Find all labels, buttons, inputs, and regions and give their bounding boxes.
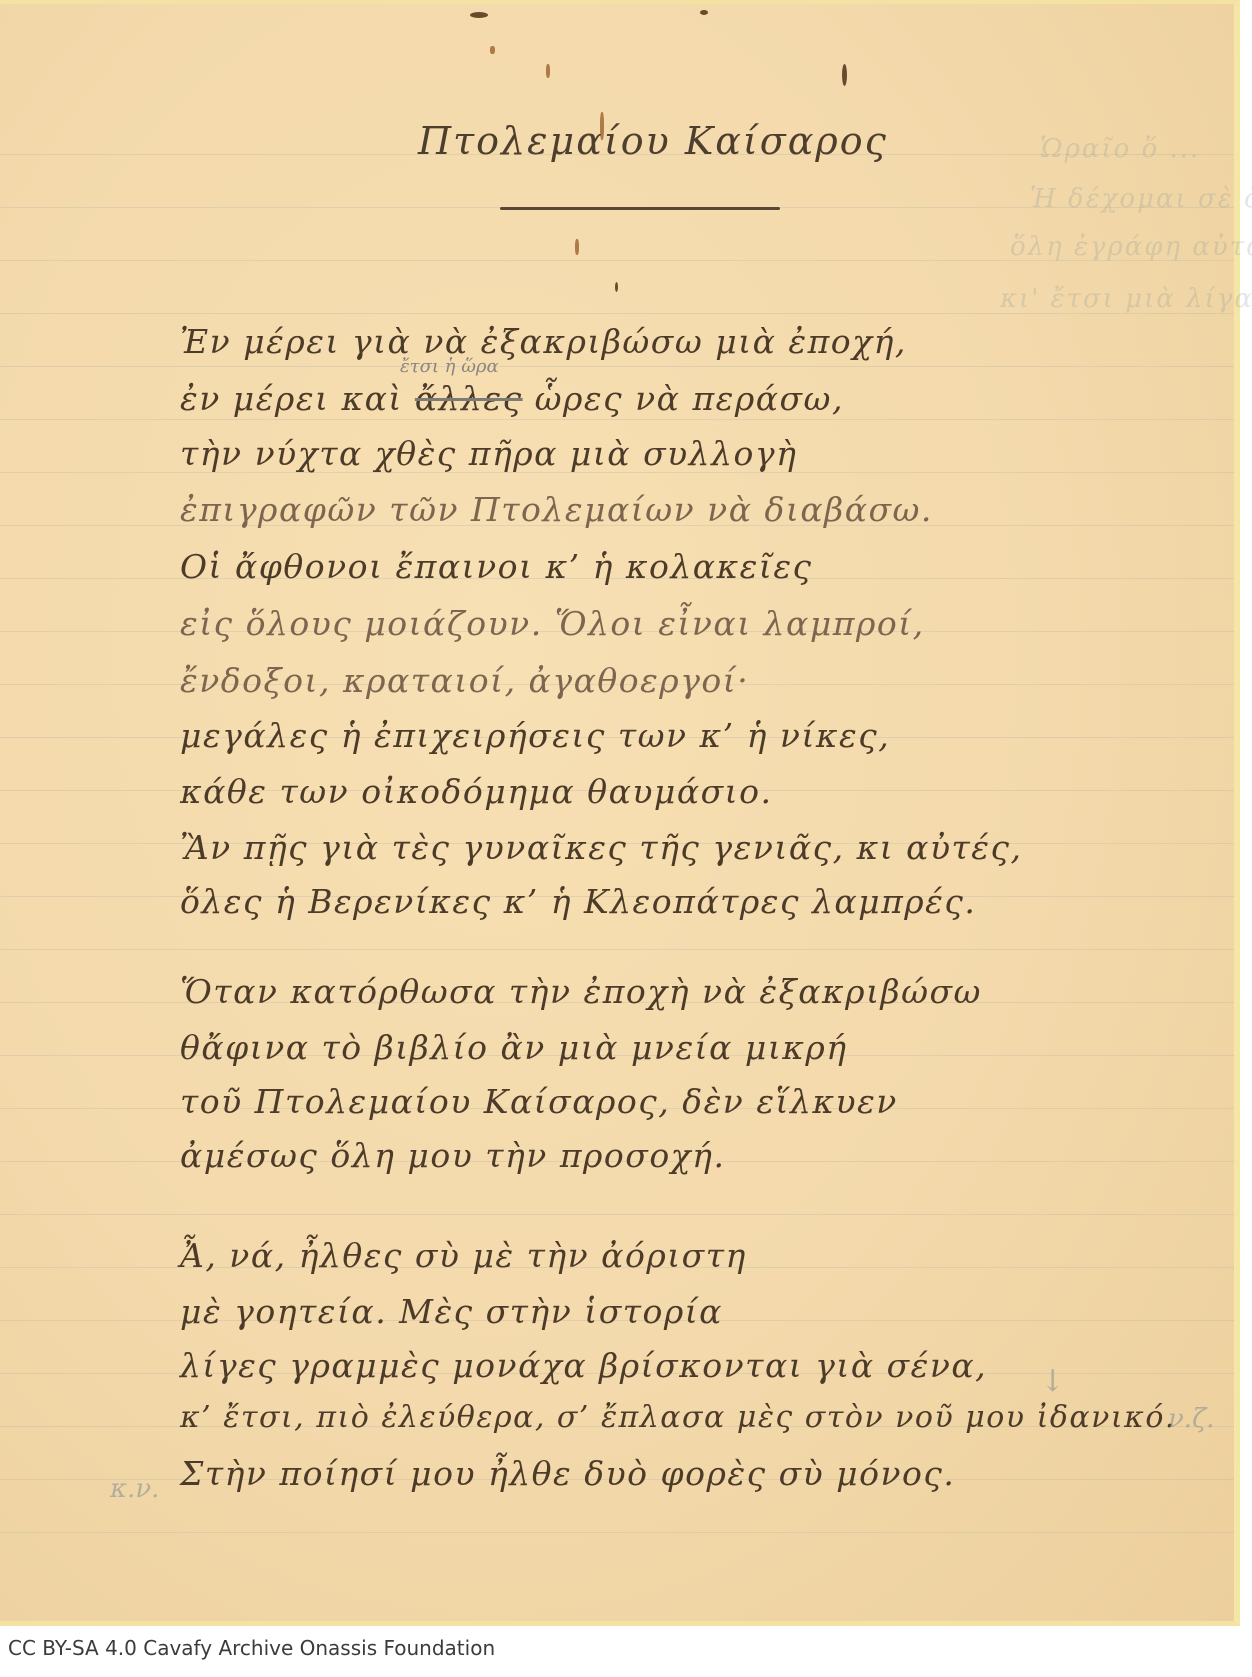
- rust-spot: [546, 64, 550, 78]
- poem-line: Ἐν μέρει γιὰ νὰ ἐξακριβώσω μιὰ ἐποχή,: [180, 322, 907, 361]
- poem-line: Ἂν πῇς γιὰ τὲς γυναῖκες τῆς γενιᾶς, κι α…: [180, 828, 1022, 867]
- poem-line: ἔνδοξοι, κραταιοί, ἀγαθοεργοί·: [180, 661, 749, 700]
- bleed-through-text: Ὡραῖο ὅ ...: [1040, 134, 1200, 164]
- poem-line: κ’ ἔτσι, πιὸ ἐλεύθερα, σ’ ἔπλασα μὲς στὸ…: [180, 1400, 1176, 1435]
- poem-line: εἰς ὅλους μοιάζουν. Ὅλοι εἶναι λαμπροί,: [180, 604, 925, 643]
- ink-stain: [842, 64, 847, 86]
- poem-line: κάθε των οἰκοδόμημα θαυμάσιο.: [180, 772, 772, 811]
- ink-stain: [700, 10, 708, 15]
- ruled-line: [0, 1532, 1234, 1533]
- margin-note-left: κ.ν.: [110, 1474, 159, 1504]
- ruled-line: [0, 949, 1234, 950]
- poem-line: μεγάλες ἡ ἐπιχειρήσεις των κ’ ἡ νίκες,: [180, 716, 890, 755]
- rust-spot: [490, 46, 495, 54]
- bleed-through-text: κι' ἔτσι μιὰ λίγα ἔτη διακρινίτ: [1000, 284, 1252, 314]
- margin-note-right: ν.ζ.: [1168, 1404, 1214, 1434]
- poem-line: Ὅταν κατόρθωσα τὴν ἐποχὴ νὰ ἐξακριβώσω: [180, 972, 982, 1011]
- title-underline: [500, 207, 780, 210]
- poem-line: μὲ γοητεία. Μὲς στὴν ἱστορία: [180, 1292, 723, 1331]
- bleed-through-text: Ἡ δέχομαι σὲ ὁ ...: [1030, 184, 1252, 214]
- poem-line: ἀμέσως ὅλη μου τὴν προσοχή.: [180, 1136, 725, 1175]
- ruled-line: [0, 419, 1234, 420]
- rust-spot: [575, 239, 579, 255]
- struck-word: ἄλλες: [415, 379, 523, 418]
- ruled-line: [0, 366, 1234, 367]
- interlinear-insert: ἔτσι ἡ ὥρα: [400, 356, 499, 377]
- bleed-through-text: ὅλη ἐγράφη αὐτὸ ἔργον: [1010, 232, 1252, 262]
- poem-line: Στὴν ποίησί μου ἦλθε δυὸ φορὲς σὺ μόνος.: [180, 1454, 955, 1493]
- ink-stain: [470, 12, 488, 18]
- poem-line: ὅλες ἡ Βερενίκες κ’ ἡ Κλεοπάτρες λαμπρές…: [180, 882, 976, 921]
- line-text-start: ἐν μέρει καὶ: [180, 379, 415, 418]
- poem-line: ἐν μέρει καὶ ἄλλες ὧρες νὰ περάσω,: [180, 379, 844, 418]
- poem-line: ἐπιγραφῶν τῶν Πτολεμαίων νὰ διαβάσω.: [180, 490, 933, 529]
- pencil-check-mark: ↓: [1040, 1364, 1065, 1399]
- poem-line: τὴν νύχτα χθὲς πῆρα μιὰ συλλογὴ: [180, 434, 797, 473]
- poem-title: Πτολεμαίου Καίσαρος: [418, 119, 888, 163]
- poem-line: τοῦ Πτολεμαίου Καίσαρος, δὲν εἵλκυεν: [180, 1082, 898, 1121]
- poem-line: Οἱ ἄφθονοι ἔπαινοι κ’ ἡ κολακεῖες: [180, 547, 813, 586]
- manuscript-page: Ὡραῖο ὅ ... Ἡ δέχομαι σὲ ὁ ... ὅλη ἐγράφ…: [0, 0, 1240, 1626]
- ruled-line: [0, 1214, 1234, 1215]
- poem-line: θἄφινα τὸ βιβλίο ἂν μιὰ μνεία μικρή: [180, 1028, 848, 1067]
- poem-line: λίγες γραμμὲς μονάχα βρίσκονται γιὰ σένα…: [180, 1346, 987, 1385]
- poem-line: Ἆ, νά, ἦλθες σὺ μὲ τὴν ἀόριστη: [180, 1236, 747, 1275]
- ink-stain: [615, 282, 618, 292]
- copyright-credit: CC BY-SA 4.0 Cavafy Archive Onassis Foun…: [8, 1636, 495, 1660]
